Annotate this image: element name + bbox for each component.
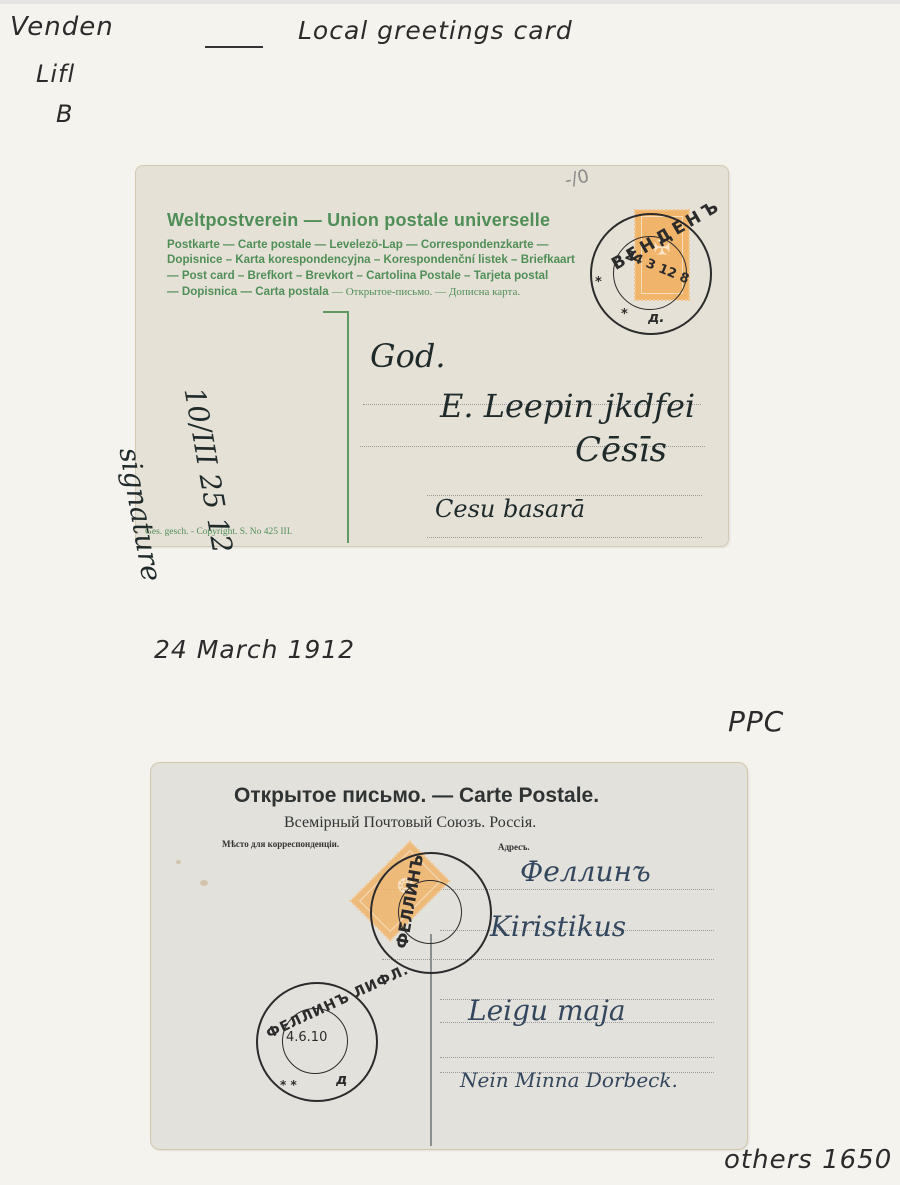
pencil-mark: -/0 <box>563 166 591 192</box>
annotation-card1-date: 24 March 1912 <box>154 635 355 664</box>
annotation-card2-note: others 1650 <box>724 1145 892 1175</box>
card2-subtitle: Всемірный Почтовый Союзъ. Россія. <box>284 814 536 832</box>
postcard-2: Открытое письмо. — Carte Postale. Всемір… <box>150 762 748 1150</box>
card1-heading-latin: — Dopisnica — Carta postala <box>167 285 329 298</box>
card1-divider-top <box>323 311 349 313</box>
postmark-letter: д. <box>648 310 665 326</box>
annotation-dash <box>205 46 263 48</box>
card1-heading-line: — Post card – Brefkort – Brevkort – Cart… <box>167 269 548 282</box>
annotation-code: B <box>56 100 73 128</box>
album-page-edge <box>0 0 900 4</box>
star-icon: * * <box>280 1078 297 1092</box>
card1-address-line-3: Cēsīs <box>575 430 667 470</box>
card2-address-line-1: Феллинъ <box>520 855 651 888</box>
annotation-location: Venden <box>10 12 114 42</box>
annotation-region: Lifl <box>36 60 75 88</box>
card1-address-line-4: Cesu basarā <box>435 495 585 523</box>
card2-address-line-3: Leigu maja <box>468 994 626 1027</box>
card1-heading-line: — Dopisnica — Carta postala — Открытое-п… <box>167 285 520 298</box>
address-line <box>440 1057 714 1058</box>
card1-heading-cyrillic: — Открытое-письмо. — Дописна карта. <box>332 286 520 298</box>
address-line <box>427 537 702 538</box>
card1-signature: signature <box>113 445 169 584</box>
card1-heading-line: Postkarte — Carte postale — Levelezö-Lap… <box>167 238 548 251</box>
card2-title: Открытое письмо. — Carte Postale. <box>234 784 599 808</box>
correspondence-label: Мѣсто для корреспонденціи. <box>222 839 339 849</box>
card1-address-line-2: E. Leepin jkdfei <box>440 387 695 425</box>
address-label: Адресъ. <box>498 842 530 852</box>
star-icon: * <box>595 275 602 290</box>
card1-heading-line: Dopisnice – Karta korespondencyjna – Kor… <box>167 253 575 266</box>
stain <box>200 880 208 886</box>
card1-title: Weltpostverein — Union postale universel… <box>167 210 550 231</box>
card1-copyright: Ges. gesch. - Copyright. S. No 425 III. <box>145 527 292 537</box>
postmark-date: 4.6.10 <box>286 1030 327 1045</box>
postmark-letter: д <box>336 1072 347 1088</box>
annotation-card2-type: PPC <box>728 705 784 738</box>
card2-address-line-4: Nein Minna Dorbeck. <box>460 1068 678 1092</box>
stain <box>176 860 181 864</box>
card1-divider <box>347 311 349 543</box>
postcard-1: -/0 Weltpostverein — Union postale unive… <box>135 165 729 547</box>
card1-address-line-1: God. <box>370 337 445 375</box>
annotation-card1-note: Local greetings card <box>298 16 573 45</box>
star-icon: * <box>621 307 628 322</box>
card2-address-line-2: Kiristikus <box>490 910 626 943</box>
